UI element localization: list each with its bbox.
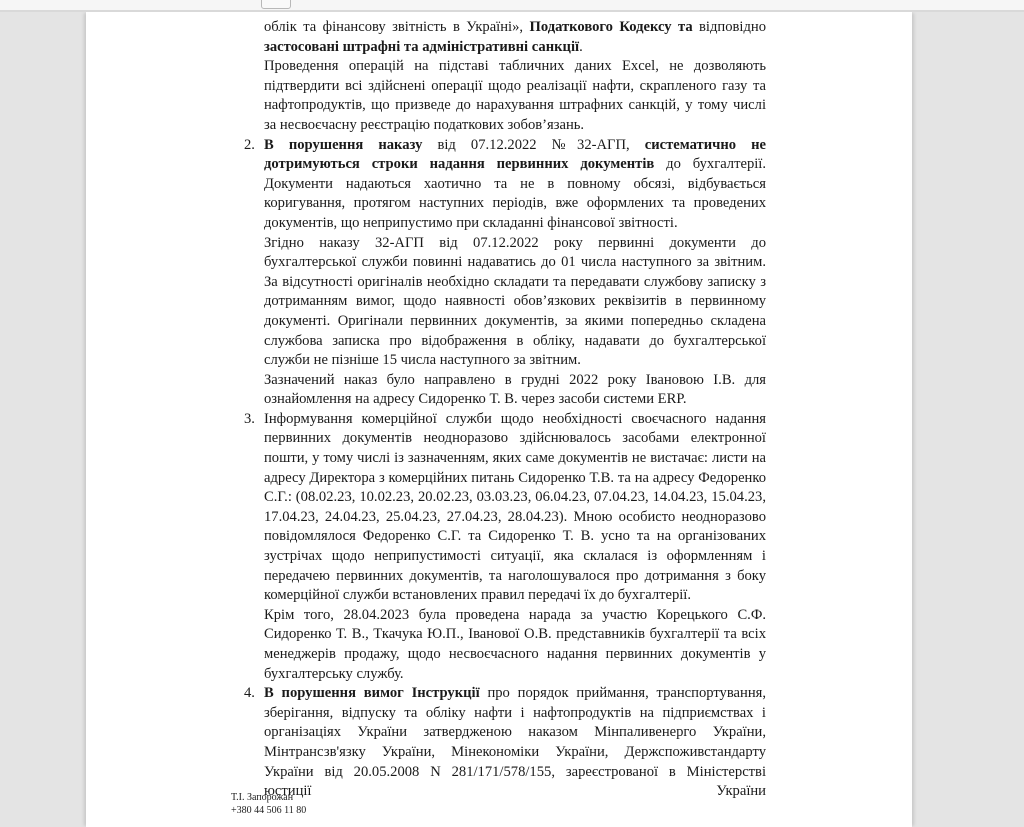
document-body: облік та фінансову звітність в Україні»,… [264,18,766,802]
list-item-2-paragraph: Згідно наказу 32-АГП від 07.12.2022 року… [264,234,766,371]
intro-paragraph-1: облік та фінансову звітність в Україні»,… [264,18,766,57]
list-number: 4. [244,684,255,704]
list-item-4-lead: В порушення вимог Інструкції про порядок… [264,684,766,802]
footer-author-name: Т.І. Запорожан [231,791,306,804]
list-item-3-lead: Інформування комерційної служби щодо нео… [264,410,766,606]
list-number: 2. [244,136,255,156]
document-page: облік та фінансову звітність в Україні»,… [86,12,912,827]
list-number: 3. [244,410,255,430]
list-item-4: 4. В порушення вимог Інструкції про поря… [264,684,766,802]
page-footer: Т.І. Запорожан +380 44 506 11 80 [231,791,306,817]
list-item-3: 3. Інформування комерційної служби щодо … [264,410,766,684]
list-item-3-paragraph: Крім того, 28.04.2023 була проведена нар… [264,606,766,684]
list-item-2-paragraph: Зазначений наказ було направлено в грудн… [264,371,766,410]
footer-phone: +380 44 506 11 80 [231,804,306,817]
viewer-toolbar [0,0,1024,12]
intro-paragraph-2: Проведення операцій на підставі таблични… [264,57,766,135]
list-item-2-lead: В порушення наказу від 07.12.2022 №32-АГ… [264,136,766,234]
toolbar-tab-handle[interactable] [261,0,291,9]
list-item-2: 2. В порушення наказу від 07.12.2022 №32… [264,136,766,410]
document-viewer[interactable]: облік та фінансову звітність в Україні»,… [0,12,1024,827]
